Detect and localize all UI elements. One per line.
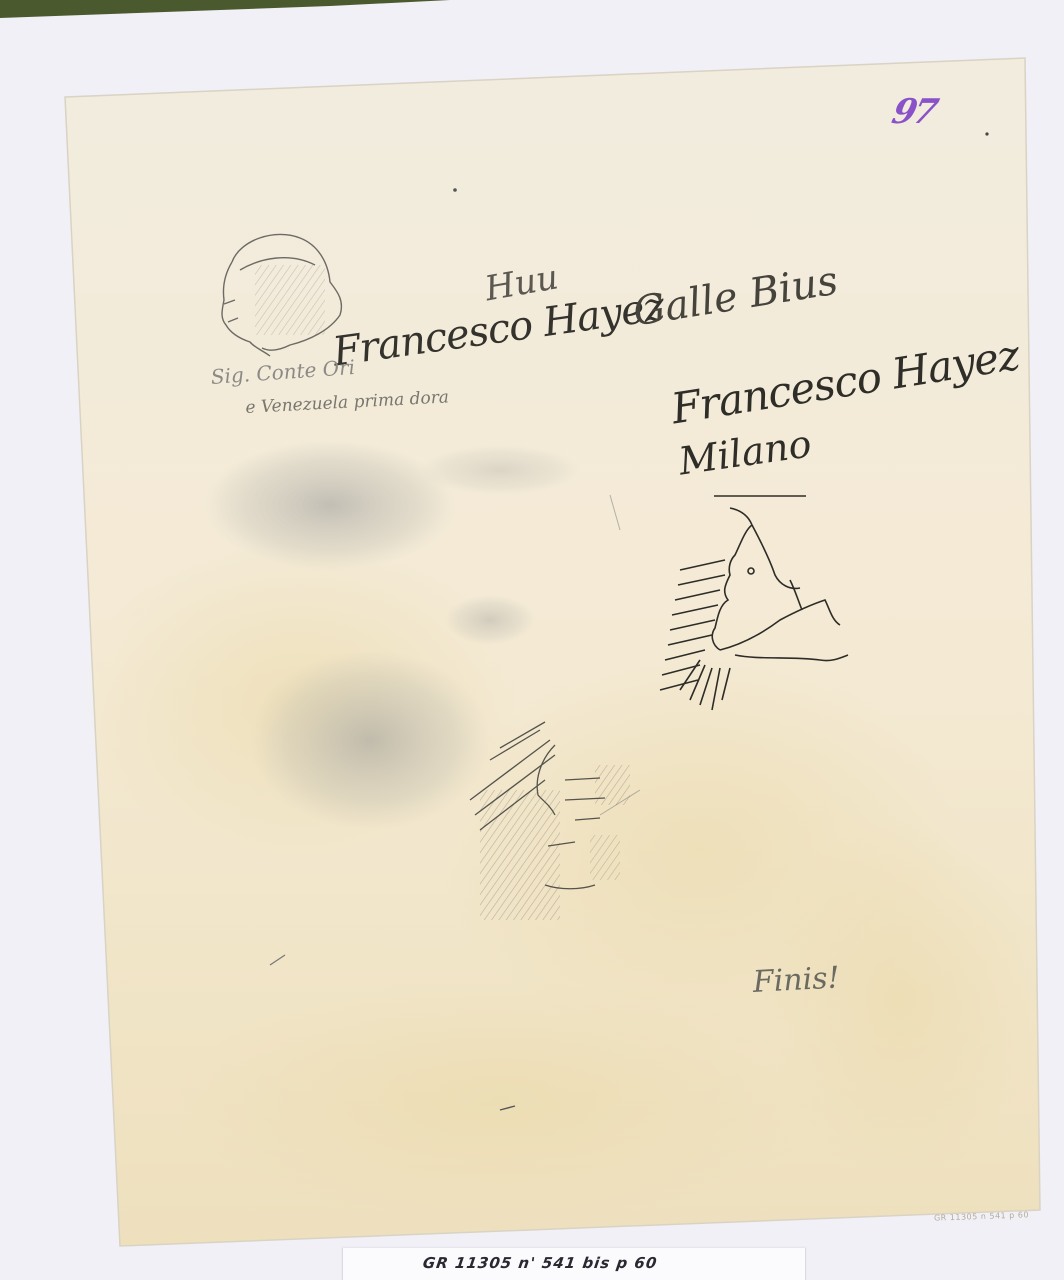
drawing-sheet [0,0,1064,1280]
catalog-label-slip: GR 11305 n' 541 bis p 60 [342,1248,806,1280]
smudge-upper [205,440,455,570]
scan-stage: 97 Huu Francesco Hayez Galle Bius Sig. C… [0,0,1064,1280]
smudge-lower [250,650,490,830]
finis-text: Finis! [752,960,840,999]
catalog-label-text: GR 11305 n' 541 bis p 60 [422,1254,659,1272]
